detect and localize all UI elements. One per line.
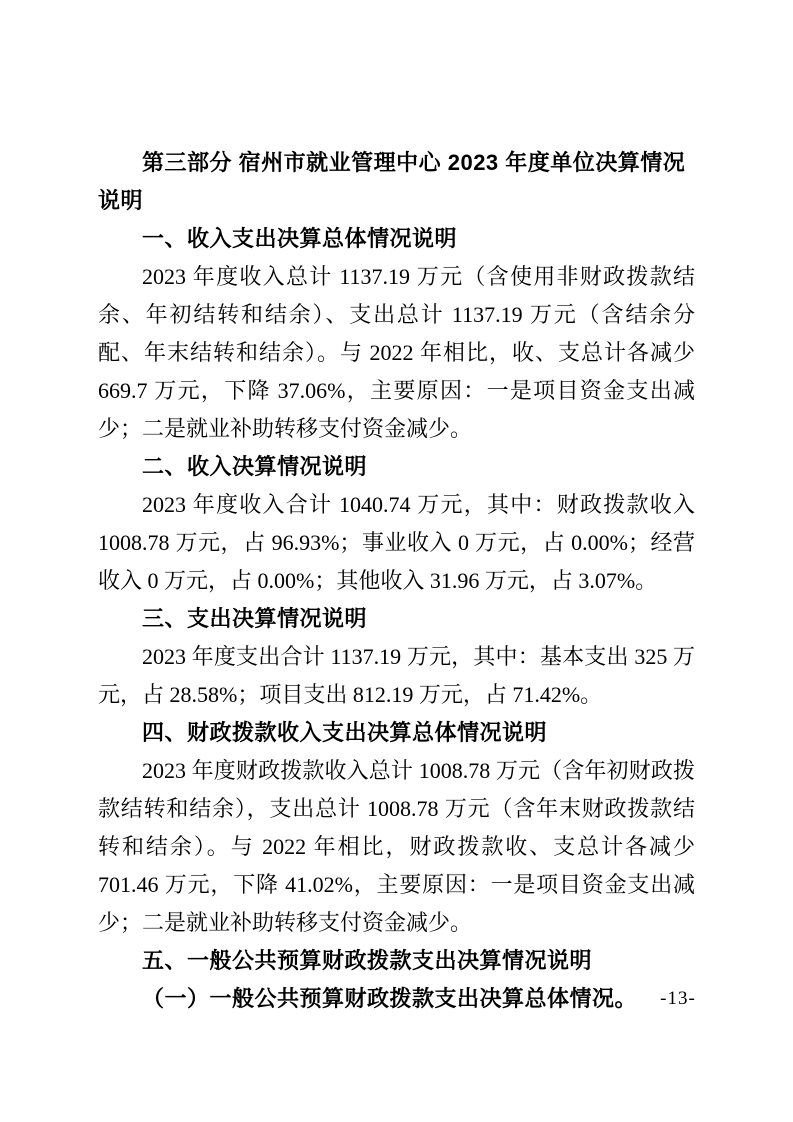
- heading-fiscal-allocation-overview: 四、财政拨款收入支出决算总体情况说明: [98, 714, 695, 752]
- para-income-detail: 2023 年度收入合计 1040.74 万元，其中：财政拨款收入 1008.78…: [98, 486, 695, 600]
- heading-expense-statement: 三、支出决算情况说明: [98, 600, 695, 638]
- subheading-general-budget-overall: （一）一般公共预算财政拨款支出决算总体情况。: [98, 980, 695, 1018]
- heading-income-expense-overview: 一、收入支出决算总体情况说明: [98, 220, 695, 258]
- para-income-expense-overview: 2023 年度收入总计 1137.19 万元（含使用非财政拨款结余、年初结转和结…: [98, 258, 695, 448]
- document-page: 第三部分 宿州市就业管理中心 2023 年度单位决算情况说明 一、收入支出决算总…: [0, 0, 793, 1122]
- heading-general-budget-expense: 五、一般公共预算财政拨款支出决算情况说明: [98, 942, 695, 980]
- document-body: 第三部分 宿州市就业管理中心 2023 年度单位决算情况说明 一、收入支出决算总…: [98, 144, 695, 1018]
- page-number: -13-: [648, 986, 708, 1012]
- para-fiscal-allocation-detail: 2023 年度财政拨款收入总计 1008.78 万元（含年初财政拨款结转和结余）…: [98, 752, 695, 942]
- para-expense-detail: 2023 年度支出合计 1137.19 万元，其中：基本支出 325 万元，占 …: [98, 638, 695, 714]
- part3-title: 第三部分 宿州市就业管理中心 2023 年度单位决算情况说明: [98, 144, 695, 220]
- heading-income-statement: 二、收入决算情况说明: [98, 448, 695, 486]
